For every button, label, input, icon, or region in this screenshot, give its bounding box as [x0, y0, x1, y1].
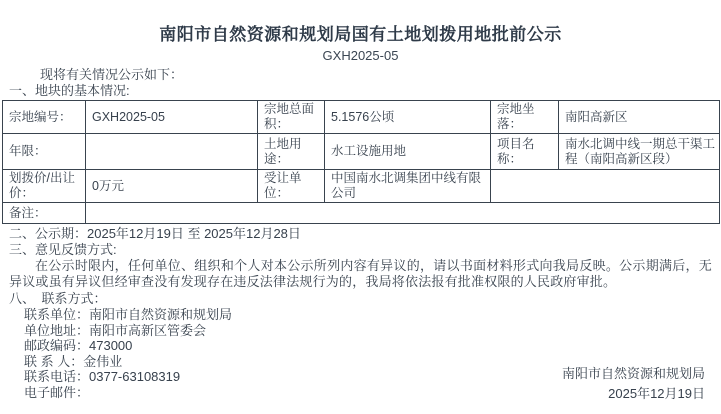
parcel-no-value: GXH2025-05 [86, 101, 258, 134]
notice-document: 南阳市自然资源和规划局国有土地划拨用地批前公示 GXH2025-05 现将有关情… [0, 0, 721, 414]
land-use-label: 土地用途： [258, 134, 325, 170]
notice-title: 南阳市自然资源和规划局国有土地划拨用地批前公示 [0, 0, 721, 45]
remarks-label: 备注： [3, 203, 86, 224]
feedback-paragraph: 在公示时限内，任何单位、组织和个人对本公示所列内容有异议的，请以书面材料形式向我… [9, 258, 712, 290]
grantee-value: 中国南水北调集团中线有限公司 [325, 170, 491, 203]
parcel-no-label: 宗地编号： [3, 101, 86, 134]
table-row: 备注： [3, 203, 720, 224]
signature-block: 南阳市自然资源和规划局 2025年12月19日 [562, 364, 705, 404]
table-row: 宗地编号： GXH2025-05 宗地总面积： 5.1576公顷 宗地坐落： 南… [3, 101, 720, 134]
table-row: 划拨价/出让价： 0万元 受让单位： 中国南水北调集团中线有限公司 [3, 170, 720, 203]
empty-merged-cell [491, 170, 720, 203]
intro-line: 现将有关情况公示如下： [40, 67, 721, 82]
contact-address: 单位地址：南阳市高新区管委会 [24, 323, 721, 339]
signature-org: 南阳市自然资源和规划局 [562, 364, 705, 384]
location-value: 南阳高新区 [559, 101, 720, 134]
land-use-value: 水工设施用地 [325, 134, 491, 170]
signature-date: 2025年12月19日 [562, 384, 705, 404]
total-area-label: 宗地总面积： [258, 101, 325, 134]
section-feedback-heading: 三、意见反馈方式: [9, 242, 721, 257]
tenure-value [86, 134, 258, 170]
tenure-label: 年限： [3, 134, 86, 170]
grantee-label: 受让单位： [258, 170, 325, 203]
location-label: 宗地坐落： [491, 101, 559, 134]
project-name-value: 南水北调中线一期总干渠工程（南阳高新区段） [559, 134, 720, 170]
notice-number: GXH2025-05 [0, 48, 721, 63]
contact-unit: 联系单位：南阳市自然资源和规划局 [24, 307, 721, 323]
section-publicity-period: 二、公示期：2025年12月19日 至 2025年12月28日 [9, 226, 721, 241]
price-label: 划拨价/出让价： [3, 170, 86, 203]
price-value: 0万元 [86, 170, 258, 203]
total-area-value: 5.1576公顷 [325, 101, 491, 134]
project-name-label: 项目名称： [491, 134, 559, 170]
section-contact-heading: 八、 联系方式： [9, 291, 721, 306]
parcel-info-table: 宗地编号： GXH2025-05 宗地总面积： 5.1576公顷 宗地坐落： 南… [2, 100, 720, 224]
remarks-value [86, 203, 720, 224]
section-basic-info-heading: 一、地块的基本情况: [9, 83, 721, 98]
contact-postcode: 邮政编码：473000 [24, 338, 721, 354]
table-row: 年限： 土地用途： 水工设施用地 项目名称： 南水北调中线一期总干渠工程（南阳高… [3, 134, 720, 170]
